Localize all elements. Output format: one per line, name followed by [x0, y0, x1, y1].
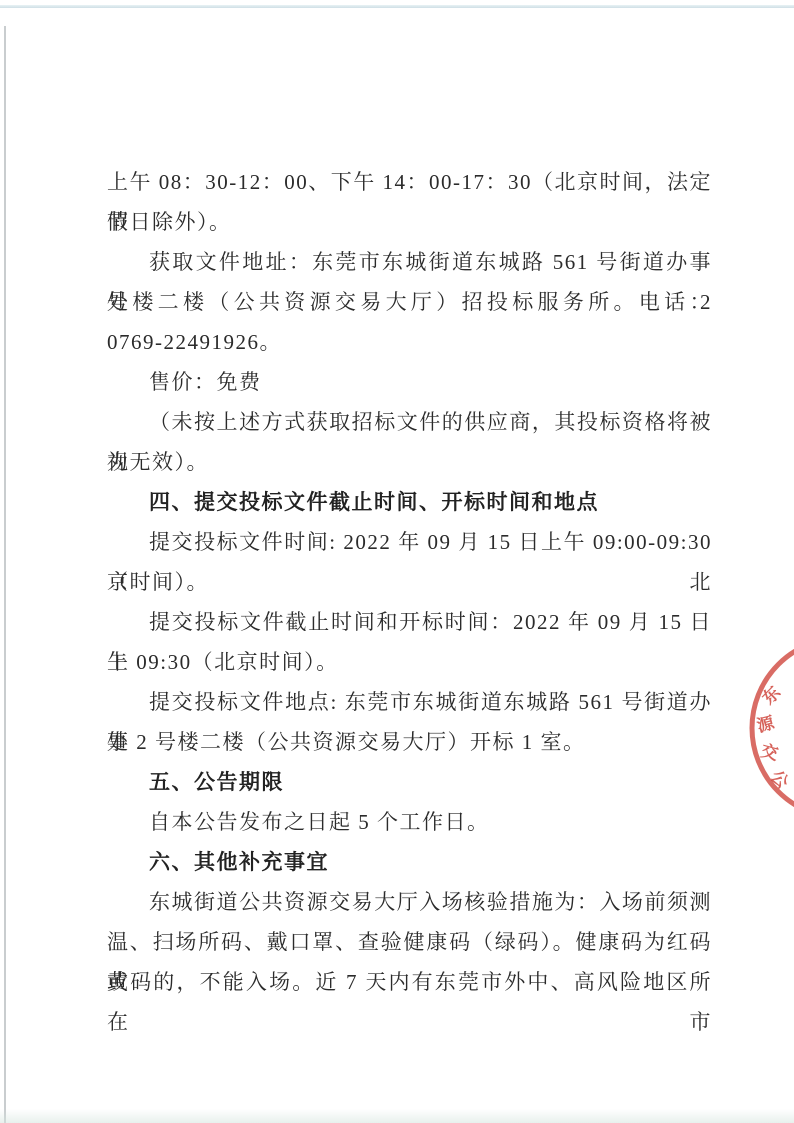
- doc-text-line: 午 09:30（北京时间）。: [107, 642, 712, 682]
- doc-text-line: 获取文件地址：东莞市东城街道东城路 561 号街道办事处 2: [107, 242, 712, 282]
- scanned-document-page: 上午 08：30-12：00、下午 14：00-17：30（北京时间，法定节假日…: [0, 0, 794, 1123]
- seal-arc: [742, 634, 794, 820]
- doc-heading-line: 四、提交投标文件截止时间、开标时间和地点: [107, 482, 712, 522]
- doc-text-line: 售价：免费: [107, 362, 712, 402]
- seal-glyph: 源: [755, 714, 776, 735]
- doc-text-line: （未按上述方式获取招标文件的供应商，其投标资格将被视: [107, 402, 712, 442]
- scan-edge-top: [0, 5, 794, 8]
- doc-text-line: 提交投标文件地点: 东莞市东城街道东城路 561 号街道办事: [107, 682, 712, 722]
- scan-edge-left: [4, 26, 6, 1123]
- official-seal-fragment: 东 源 交 公: [742, 634, 794, 820]
- doc-text-line: 假日除外）。: [107, 202, 712, 242]
- scan-noise-bottom: [0, 1109, 794, 1123]
- doc-text-line: 号楼二楼（公共资源交易大厅）招投标服务所。电话：: [107, 282, 712, 322]
- doc-text-line: 自本公告发布之日起 5 个工作日。: [107, 802, 712, 842]
- doc-text-line: 提交投标文件时间: 2022 年 09 月 15 日上午 09:00-09:30…: [107, 522, 712, 562]
- doc-text-line: 东城街道公共资源交易大厅入场核验措施为：入场前须测: [107, 882, 712, 922]
- seal-glyph: 交: [759, 742, 780, 763]
- doc-text-line: 黄码的，不能入场。近 7 天内有东莞市外中、高风险地区所在市: [107, 962, 712, 1002]
- doc-text-line: 提交投标文件截止时间和开标时间：2022 年 09 月 15 日上: [107, 602, 712, 642]
- seal-glyph: 公: [767, 767, 791, 791]
- doc-text-line: 0769-22491926。: [107, 322, 712, 362]
- doc-text-line: 上午 08：30-12：00、下午 14：00-17：30（北京时间，法定节: [107, 162, 712, 202]
- doc-heading-line: 五、公告期限: [107, 762, 712, 802]
- doc-heading-line: 六、其他补充事宜: [107, 842, 712, 882]
- doc-text-line: 处 2 号楼二楼（公共资源交易大厅）开标 1 室。: [107, 722, 712, 762]
- seal-glyph: 东: [759, 683, 783, 707]
- doc-text-line: 温、扫场所码、戴口罩、查验健康码（绿码）。健康码为红码或: [107, 922, 712, 962]
- document-text-block: 上午 08：30-12：00、下午 14：00-17：30（北京时间，法定节假日…: [107, 162, 712, 1002]
- doc-text-line: 为无效）。: [107, 442, 712, 482]
